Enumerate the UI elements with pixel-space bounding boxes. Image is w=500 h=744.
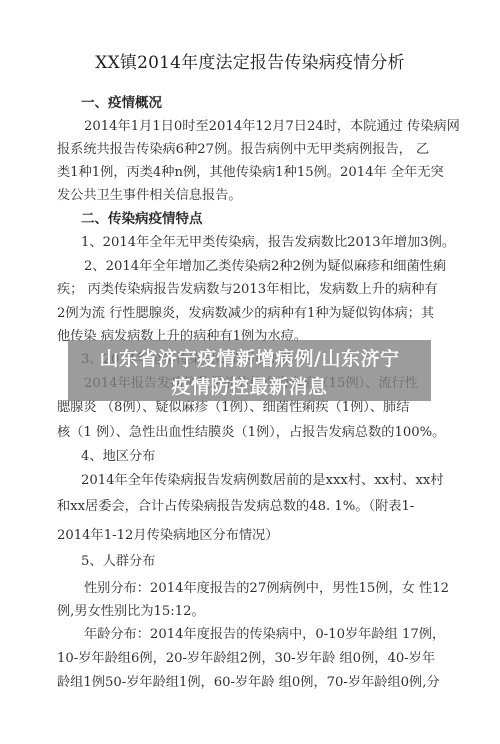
banner-headline-line-2: 疫情防控最新消息 [68, 372, 431, 399]
paragraph-line: 性别分布：2014年度报告的27例病例中，男性15例，女 性12 [84, 580, 449, 598]
banner-headline-line-1: 山东省济宁疫情新增病例/山东济宁 [68, 344, 431, 371]
paragraph-line: 类1种1例，丙类4种n例，其他传染病1种15例。2014年 全年无突 [57, 164, 444, 182]
paragraph-line: 2014年全年传染病报告发病例数居前的是xxx村、xx村、xx村 [81, 472, 444, 490]
section-heading: 二、传染病疫情特点 [81, 210, 203, 228]
paragraph-line: 10-岁年龄组6例，20-岁年龄组2例，30-岁年龄 组0例，40-岁年 [57, 650, 435, 668]
paragraph-line: 龄组1例50-岁年龄组1例，60-岁年龄 组0例，70-岁年龄组0例,分 [57, 674, 440, 692]
paragraph-line: 和xx居委会，合计占传染病报告发病总数的48. 1%。（附表1- [57, 498, 414, 516]
paragraph-line: 报系统共报告传染病6种27例。报告病例中无甲类病例报告， 乙 [57, 141, 429, 159]
paragraph-line: 年龄分布：2014年度报告的传染病中，0-10岁年龄组 17例， [84, 626, 445, 644]
document-title: XX镇2014年度法定报告传染病疫情分析 [0, 48, 500, 73]
paragraph-line: 2014年1月1日0时至2014年12月7日24时，本院通过 传染病网 [84, 118, 460, 136]
paragraph-line: 2014年1-12月传染病地区分布情况） [57, 527, 278, 545]
paragraph-line: 4、地区分布 [81, 448, 155, 466]
paragraph-line: 2、2014年全年增加乙类传染病2种2例为疑似麻疹和细菌性痢 [84, 258, 446, 276]
paragraph-line: 5、人群分布 [81, 553, 155, 571]
paragraph-line: 发公共卫生事件相关信息报告。 [57, 187, 242, 205]
paragraph-line: 腮腺炎 （8例）、疑似麻疹（1例）、细菌性痢疾（1例）、肺结 [57, 399, 409, 417]
paragraph-line: 核（1 例）、急性出血性结膜炎（1例），占报告发病总数的100%。 [57, 424, 445, 442]
paragraph-line: 疾； 丙类传染病报告发病数与2013年相比，发病数上升的病种有 [57, 281, 438, 299]
paragraph-line: 1、2014年全年无甲类传染病，报告发病数比2013年增加3例。 [81, 234, 455, 252]
paragraph-line: 2例为流 行性腮腺炎，发病数减少的病种有1种为疑似钩体病；其 [57, 305, 434, 323]
headline-overlay-banner[interactable]: 山东省济宁疫情新增病例/山东济宁 疫情防控最新消息 [68, 340, 431, 401]
paragraph-line: 例,男女性别比为15:12。 [57, 603, 205, 621]
section-heading: 一、疫情概况 [81, 94, 162, 112]
